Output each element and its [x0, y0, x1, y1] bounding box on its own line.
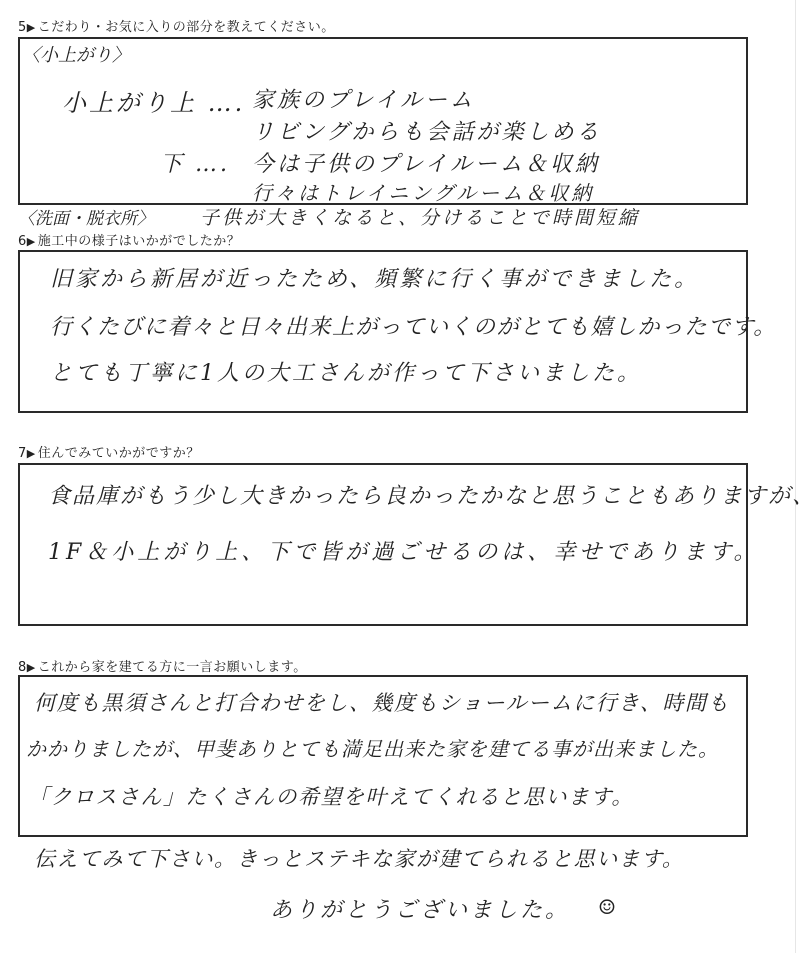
- q5-line1-text: 家族のプレイルーム: [252, 83, 475, 114]
- answer-box-6: 旧家から新居が近ったため、頻繁に行く事ができました。 行くたびに着々と日々出来上…: [18, 250, 748, 413]
- question-7-label: 7▶住んでみていかがですか？: [18, 442, 200, 461]
- question-text: これから家を建てる方に一言お願いします。: [38, 660, 307, 675]
- question-number: 5: [18, 20, 27, 35]
- question-text: 施工中の様子はいかがでしたか？: [38, 234, 241, 249]
- q6-line-1: 旧家から新居が近ったため、頻繁に行く事ができました。: [50, 262, 699, 293]
- q8-line-3: 「クロスさん」たくさんの希望を叶えてくれると思います。: [28, 781, 634, 811]
- answer-box-7: 食品庫がもう少し大きかったら良かったかなと思うこともありますが、 1F＆小上がり…: [18, 463, 748, 626]
- triangle-marker-icon: ▶: [27, 21, 36, 34]
- question-text: 住んでみていかがですか？: [38, 446, 200, 461]
- question-number: 8: [18, 660, 27, 675]
- tag-koagari: 〈小上がり〉: [22, 41, 130, 67]
- question-5-label: 5▶こだわり・お気に入りの部分を教えてください。: [18, 16, 335, 35]
- q5-line1-label: 小上がり上 ….: [62, 83, 245, 118]
- scan-edge-line: [795, 0, 796, 953]
- smiley-face-icon: ☺: [598, 895, 619, 919]
- triangle-marker-icon: ▶: [27, 661, 36, 674]
- question-text: こだわり・お気に入りの部分を教えてください。: [38, 20, 335, 35]
- q5-line3-label: 下 ….: [160, 147, 230, 178]
- question-number: 7: [18, 446, 27, 461]
- question-6-label: 6▶施工中の様子はいかがでしたか？: [18, 230, 240, 249]
- q7-line-1: 食品庫がもう少し大きかったら良かったかなと思うこともありますが、: [48, 479, 800, 510]
- q6-line-2: 行くたびに着々と日々出来上がっていくのがとても嬉しかったです。: [50, 310, 777, 341]
- triangle-marker-icon: ▶: [27, 447, 36, 460]
- q8-line-1: 何度も黒須さんと打合わせをし、幾度もショールームに行き、時間も: [34, 687, 730, 717]
- answer-box-5: 〈小上がり〉 小上がり上 …. 家族のプレイルーム リビングからも会話が楽しめる…: [18, 37, 748, 205]
- tag-washroom: 〈洗面・脱衣所〉: [18, 204, 154, 229]
- answer-box-8: 何度も黒須さんと打合わせをし、幾度もショールームに行き、時間も かかりましたが、…: [18, 675, 748, 837]
- q7-line-2: 1F＆小上がり上、下で皆が過ごせるのは、幸せであります。: [48, 535, 760, 566]
- triangle-marker-icon: ▶: [27, 235, 36, 248]
- q8-line-2: かかりましたが、甲斐ありとても満足出来た家を建てる事が出来ました。: [26, 733, 719, 762]
- q5-line4-text: 行々はトレイニングルーム＆収納: [252, 177, 594, 206]
- q6-line-3: とても丁寧に1人の大工さんが作って下さいました。: [50, 356, 642, 387]
- q5-line2-text: リビングからも会話が楽しめる: [252, 115, 602, 146]
- q8-overflow-line-1: 伝えてみて下さい。きっとステキな家が建てられると思います。: [34, 843, 684, 873]
- q5-washroom-text: 子供が大きくなると、分けることで時間短縮: [200, 203, 640, 230]
- q5-line3-text: 今は子供のプレイルーム＆収納: [252, 147, 600, 178]
- question-8-label: 8▶これから家を建てる方に一言お願いします。: [18, 656, 307, 675]
- question-number: 6: [18, 234, 27, 249]
- q8-overflow-line-2: ありがとうございました。: [270, 893, 570, 924]
